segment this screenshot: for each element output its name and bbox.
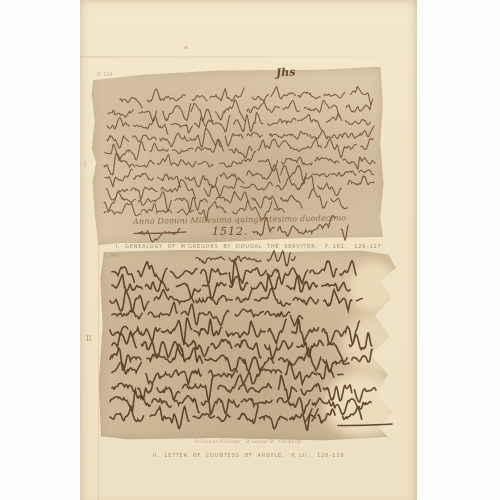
photo-background: Jhs Anno Domini Millesimo quingentesimo … (0, 0, 500, 500)
plate2-attribution: Sr Duncan M'Gregor St George St Edinburg… (80, 439, 417, 444)
plate2-facsimile (99, 249, 398, 441)
date-1512: 1512. (212, 225, 249, 238)
page-crease (80, 56, 417, 58)
margin-numeral-i: I (84, 161, 86, 168)
page-blemish (184, 46, 188, 49)
caption-plate1: I. GENEALOGY OF M'GREGORS BY DOUGAL THE … (80, 244, 417, 250)
margin-numeral-ii: II (86, 335, 92, 343)
jhs-monogram: Jhs (276, 65, 296, 79)
plate2-corner-label: F. 190 (103, 253, 118, 259)
caption-plate2: II. LETTER OF COUNTESS OF ARGYLE. P. LII… (80, 453, 417, 459)
page-gutter-crease (98, 238, 99, 500)
plate1-corner-label: F. 164 (97, 72, 113, 78)
